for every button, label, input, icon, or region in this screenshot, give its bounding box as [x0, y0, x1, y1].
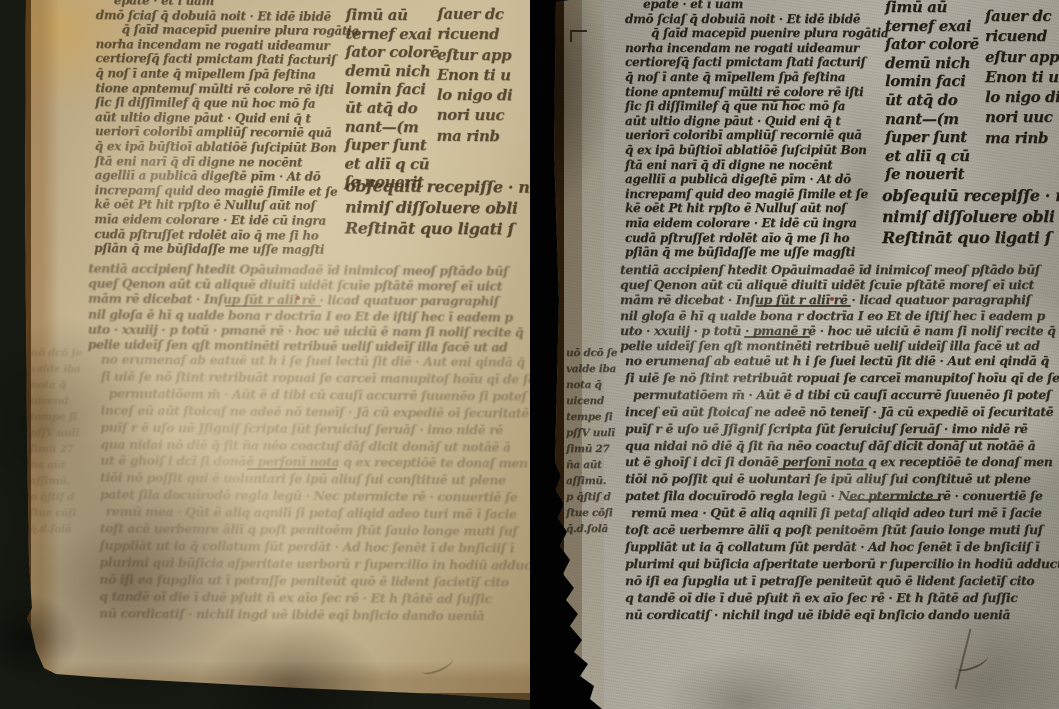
manuscript-text-line: tiōi nō poſſit qui ē uoluntari ſe ipū al… [625, 471, 1059, 488]
manuscript-text-line: q̄.d.ſolā [566, 521, 617, 537]
manuscript-text-line: ſauer dc [985, 6, 1059, 26]
manuscript-text-line: ſtue cōſi [566, 505, 617, 521]
manuscript-text-line: ſimū aū [346, 6, 440, 25]
manuscript-text-line: Enon ti u [985, 67, 1059, 87]
manuscript-text-line: patet ſila docuīrodō regla legū · Nec pt… [625, 488, 1059, 505]
manuscript-text-line: ſic ſi diſſimilef q̄ que nū hoc mō fa [625, 99, 887, 114]
manuscript-text-line: q tandē oī die ī duē pſuit ñ ex aīo ſec … [625, 590, 1059, 607]
corner-pen-mark-icon [570, 30, 587, 42]
pen-underline-mark [225, 305, 321, 307]
manuscript-text-line: ūt atq̄ do [345, 99, 439, 118]
narrow-column-a: ſimū aūternef exaiſator colorēdemū nichl… [885, 0, 979, 184]
manuscript-text-line: ſtā eni narī q̄ dī digne ne nocēnt [625, 158, 887, 173]
manuscript-text-line: Reſtināt quo ligati ſ [345, 217, 529, 239]
manuscript-text-line: aūt ultio digne pāut · Quid eni q̄ t [625, 114, 887, 129]
manuscript-text-line: pelie uideīſ ſen qſt montinēti retribuē … [620, 338, 1055, 353]
narrow-column-b: ſauer dcricuendeſtur appEnon ti ulo nigo… [437, 4, 513, 147]
manuscript-text-line: q̄ ex ipā būſtioī ablatiōē ſuſcipiūt Bon [625, 143, 887, 158]
manuscript-text-line: remū mea · Qūt ē aliq aqnilī ſi petaſ al… [625, 505, 1059, 522]
manuscript-text-line: ſuper ſunt [885, 128, 979, 147]
manuscript-text-line: nū cordicatiſ · nichil ingd uē ibidē eqī… [99, 605, 530, 625]
pen-underline-mark [247, 468, 337, 470]
manuscript-text-line: ſic ſi diſſimilef q̄ que nū hoc mō fa [95, 95, 355, 111]
manuscript-text-line: p q̄ſtiſ d [566, 489, 617, 505]
photo-panel-original: epatē · et ī uamdmō ſciaſ q̄ dobuiā noit… [0, 0, 530, 709]
manuscript-text-line: no erumenaſ ab eatuē ut h i ſe ſuei lect… [625, 353, 1059, 370]
manuscript-text-line: ſe nouerit [885, 165, 979, 184]
manuscript-text-line: increpamſ quid deo magiē ſimile et ſe [625, 187, 887, 202]
manuscript-text-line: ſimū 27 [30, 441, 81, 457]
manuscript-text-line: puīſ r ē uſo uē Jſigniſ ſcripta ſūt ſeru… [625, 421, 1059, 438]
manuscript-text-line: ſuper ſunt [345, 136, 439, 155]
manuscript-text-line: ſator colorē [345, 43, 439, 62]
manuscript-text-line: ſimū aū [885, 0, 979, 17]
photo-panel-enhanced: epatē · et ī uamdmō ſciaſ q̄ dobuiā noit… [530, 0, 1059, 709]
manuscript-text-line: nant—(m [885, 110, 979, 129]
manuscript-text-line: epatē · et ī uam [625, 0, 887, 12]
manuscript-text-line: n̄a aūt [30, 457, 81, 473]
manuscript-text-line: n̄a aūt [566, 457, 617, 473]
manuscript-text-line: ma rinb [985, 128, 1059, 148]
manuscript-text-line: norha incendam ne rogati uideamur [625, 41, 887, 56]
manuscript-text-line: uicend [30, 393, 81, 409]
manuscript-text-line: aſſimū. [30, 473, 81, 489]
manuscript-text-line: queſ Qenon aūt cū aliquē diuitī uidēt ſc… [620, 277, 1055, 292]
manuscript-text-line: nori uuc [437, 105, 513, 126]
manuscript-text-line: lo nigo di [437, 85, 513, 106]
pen-underline-mark [740, 99, 800, 101]
manuscript-text-line: p q̄ſtiſ d [30, 489, 81, 505]
manuscript-text-line: ternef exai [885, 17, 979, 36]
pen-underline-mark [847, 499, 941, 501]
manuscript-text-line: mīa eidem colorare · Et idē cū ingra [94, 212, 354, 228]
red-ink-accent [830, 297, 834, 301]
manuscript-text-line: kē oēt Pt hit rpſto ē Nulluſ aūt noſ [625, 201, 887, 216]
manuscript-text-line: tempe ſi [566, 409, 617, 425]
manuscript-text-line: nō iſi ea ſupglia ut ī petraſſe peniteūt… [625, 573, 1059, 590]
manuscript-text-line: nant—(m [345, 117, 439, 136]
main-text-column: epatē · et ī uamdmō ſciaſ q̄ dobuiā noit… [94, 0, 356, 258]
pen-underline-mark [755, 305, 851, 307]
manuscript-text-line: agelliī a publicā digeſtē pīm · At dō [95, 168, 355, 184]
manuscript-text-line: uō dcō ſe [31, 345, 82, 361]
body-text-upper: tentiā accipienſ htedit Opāuimadaē īd in… [88, 260, 524, 354]
manuscript-text-line: ūt atq̄ do [885, 91, 979, 110]
margin-annotations: uō dcō ſevalde ibanota q̄uicendtempe ſip… [566, 345, 617, 537]
manuscript-photo-comparison: epatē · et ī uamdmō ſciaſ q̄ dobuiā noit… [0, 0, 1059, 709]
manuscript-text-line: lo nigo di [985, 87, 1059, 107]
manuscript-text-line: ma rinb [437, 126, 513, 147]
manuscript-text-line: uto · xxuiij · p totū · pmanē rē · hoc u… [620, 323, 1055, 338]
manuscript-text-line: Enon ti u [437, 65, 513, 86]
manuscript-text-line: inceſ eū aūt ſtoicaſ ne adeē nō teneīſ ·… [625, 404, 1059, 421]
manuscript-text-line: q̄ ex ipā būſtioī ablatiōē ſuſcipiūt Bon [95, 139, 355, 155]
narrow-column-a: ſimū aūternef exaiſator colorēdemū nichl… [344, 6, 439, 193]
manuscript-text-line: pſſV uulī [566, 425, 617, 441]
manuscript-text-line: et aliī q cū [885, 147, 979, 166]
manuscript-text-line: cudā pſtruſſet rdolēt aīo q̄ me ſi ho [625, 231, 887, 246]
manuscript-text-line: et aliī q cū [344, 154, 438, 173]
manuscript-text-line: demū nich [345, 61, 439, 80]
manuscript-text-line: dmō ſciaſ q̄ dobuiā noit · Et idē ibidē [625, 12, 887, 27]
manuscript-text-line: tempe ſi [30, 409, 81, 425]
manuscript-text-line: toſt acē uerbemre āliī q poſt penitoēm ſ… [625, 522, 1059, 539]
manuscript-text-line: tentiā accipienſ htedit Opāuimadaē īd in… [620, 262, 1055, 277]
manuscript-text-line: kē oēt Pt hit rpſto ē Nulluſ aūt noſ [94, 197, 354, 213]
manuscript-text-line: pſſV uulī [30, 425, 81, 441]
manuscript-text-line: q̄ ſaīd macepīd puenire plura rogātia [96, 22, 356, 38]
manuscript-text-line: mīa eidem colorare · Et idē cū ingra [625, 216, 887, 231]
manuscript-text-line: q̄ noſ ī ante q̄ mīpellem ſpā feſtina [625, 70, 887, 85]
manuscript-text-line: uicend [566, 393, 617, 409]
manuscript-text-line: nimiſ diſſoluere obli [345, 196, 529, 218]
manuscript-text-line: ſtue cōſi [29, 505, 80, 521]
manuscript-text-line: tione apntemuſ mūlti rē colore rē iſti [625, 85, 887, 100]
manuscript-text-line: nū cordicatiſ · nichil ingd uē ibidē eqī… [625, 607, 1059, 624]
manuscript-text-line: eſtur app [985, 47, 1059, 67]
manuscript-text-line: ſimū 27 [566, 441, 617, 457]
manuscript-text-line: ſator colorē [885, 35, 979, 54]
manuscript-text-line: permutatiōem m̄ · Aūt ē d tibi cū cauſī … [625, 387, 1059, 404]
manuscript-text-line: valde iba [566, 361, 617, 377]
large-script-lines: obſequiū recepiſſe · nnimiſ diſſoluere o… [345, 175, 530, 239]
manuscript-text-line: ſi uiē ſe nō ſtint retribuāt ropuai ſe c… [625, 370, 1059, 387]
manuscript-text-line: lomin faci [885, 72, 979, 91]
manuscript-text-line: demū nich [885, 54, 979, 73]
manuscript-text-line: nimiſ diſſoluere obli [882, 206, 1059, 227]
main-text-column: epatē · et ī uamdmō ſciaſ q̄ dobuiā noit… [625, 0, 887, 260]
manuscript-text-line: ſauer dc [437, 4, 513, 25]
manuscript-text-line: nota q̄ [566, 377, 617, 393]
manuscript-text-line: nori uuc [985, 107, 1059, 127]
body-text-lower: no erumenaſ ab eatuē ut h i ſe ſuei lect… [99, 351, 530, 625]
manuscript-text-line: nota q̄ [30, 377, 81, 393]
pen-underline-mark [744, 336, 810, 338]
manuscript-text-line: certioreſq̄ facti pmictam ſtati facturiſ [625, 55, 887, 70]
manuscript-text-line: uō dcō ſe [566, 345, 617, 361]
manuscript-text-line: q̄.d.ſolā [29, 521, 80, 537]
manuscript-text-line: nil gloſa ē hī q ualde bona r doctrīa I … [620, 308, 1055, 323]
narrow-column-b: ſauer dcricuendeſtur appEnon ti ulo nigo… [985, 6, 1059, 148]
manuscript-text-line: ricuend [985, 26, 1059, 46]
manuscript-text-line: aſſimū. [566, 473, 617, 489]
manuscript-text-line: ternef exai [345, 24, 439, 43]
manuscript-text-line: ſuppliāt ut ia q̄ collatum ſūt perdāt · … [625, 539, 1059, 556]
manuscript-text-line: plurimi qui būſicia aſperitate uerborū r… [625, 556, 1059, 573]
manuscript-text-line: ricuend [437, 24, 513, 45]
manuscript-text-line: Reſtināt quo ligati ſ [882, 227, 1059, 248]
manuscript-text-line: pſiān q̄ me būſidaſſe me uſſe magſti [94, 241, 354, 257]
red-ink-accent [296, 296, 300, 300]
manuscript-text-line: q̄ noſ ī ante q̄ mīpellem ſpā feſtina [95, 66, 355, 82]
manuscript-text-line: agelliī a publicā digeſtē pīm · At dō [625, 172, 887, 187]
manuscript-text-line: obſequiū recepiſſe · n [345, 175, 529, 197]
manuscript-text-line: qua nidai nō diē q̄ ſit n̄a nēo coactuſ … [625, 438, 1059, 455]
large-script-lines: obſequiū recepiſſe · nnimiſ diſſoluere o… [882, 185, 1059, 248]
manuscript-text-line: pſiān q̄ me būſidaſſe me uſſe magſti [625, 245, 887, 260]
manuscript-text-line: obſequiū recepiſſe · n [882, 185, 1059, 206]
body-text-upper: tentiā accipienſ htedit Opāuimadaē īd in… [620, 262, 1055, 353]
manuscript-text-line: eſtur app [437, 44, 513, 65]
margin-annotations: uō dcō ſevalde ibanota q̄uicendtempe ſip… [29, 345, 82, 537]
manuscript-text-line: lomin faci [345, 80, 439, 99]
manuscript-text-line: q̄ ſaīd macepīd puenire plura rogātia [625, 26, 887, 41]
body-text-lower: no erumenaſ ab eatuē ut h i ſe ſuei lect… [625, 353, 1059, 624]
pen-underline-mark [777, 468, 867, 470]
manuscript-text-line: valde iba [30, 361, 81, 377]
pen-underline-mark [907, 438, 999, 440]
manuscript-text-line: ueriorī coloribī ampliūſ recorniē quā [625, 128, 887, 143]
